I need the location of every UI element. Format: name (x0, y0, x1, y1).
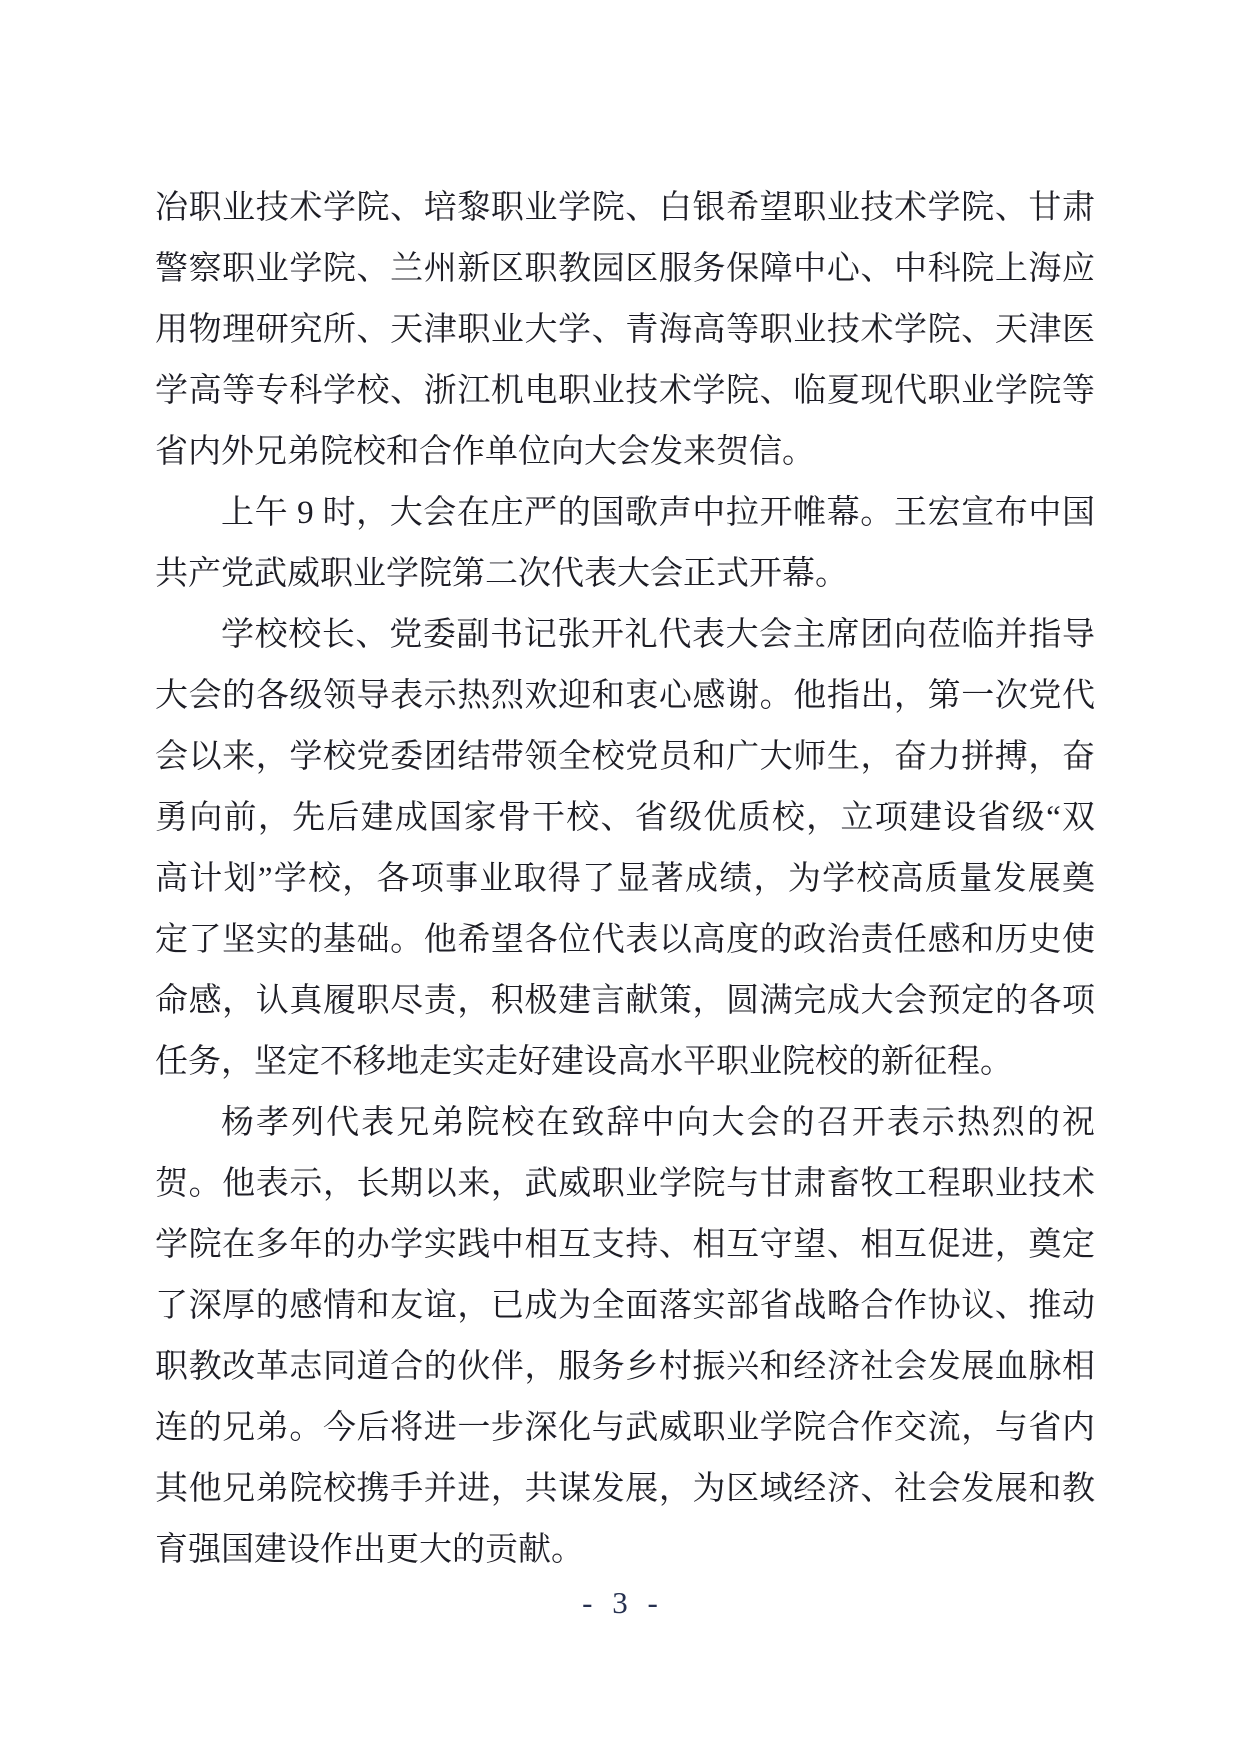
text-line: 高计划”学校，各项事业取得了显著成绩，为学校高质量发展奠 (155, 849, 1095, 910)
text-line: 上午 9 时，大会在庄严的国歌声中拉开帷幕。王宏宣布中国 (155, 483, 1095, 544)
text-line: 职教改革志同道合的伙伴，服务乡村振兴和经济社会发展血脉相 (155, 1337, 1095, 1398)
text-line: 学高等专科学校、浙江机电职业技术学院、临夏现代职业学院等 (155, 361, 1095, 422)
text-line: 会以来，学校党委团结带领全校党员和广大师生，奋力拼搏，奋 (155, 727, 1095, 788)
document-body: 冶职业技术学院、培黎职业学院、白银希望职业技术学院、甘肃警察职业学院、兰州新区职… (155, 178, 1095, 1581)
text-line: 冶职业技术学院、培黎职业学院、白银希望职业技术学院、甘肃 (155, 178, 1095, 239)
text-line: 省内外兄弟院校和合作单位向大会发来贺信。 (155, 422, 1095, 483)
text-line: 贺。他表示，长期以来，武威职业学院与甘肃畜牧工程职业技术 (155, 1154, 1095, 1215)
text-line: 了深厚的感情和友谊，已成为全面落实部省战略合作协议、推动 (155, 1276, 1095, 1337)
text-line: 大会的各级领导表示热烈欢迎和衷心感谢。他指出，第一次党代 (155, 666, 1095, 727)
text-line: 其他兄弟院校携手并进，共谋发展，为区域经济、社会发展和教 (155, 1459, 1095, 1520)
text-line: 任务，坚定不移地走实走好建设高水平职业院校的新征程。 (155, 1032, 1095, 1093)
text-line: 勇向前，先后建成国家骨干校、省级优质校，立项建设省级“双 (155, 788, 1095, 849)
text-line: 育强国建设作出更大的贡献。 (155, 1520, 1095, 1581)
text-line: 连的兄弟。今后将进一步深化与武威职业学院合作交流，与省内 (155, 1398, 1095, 1459)
text-line: 用物理研究所、天津职业大学、青海高等职业技术学院、天津医 (155, 300, 1095, 361)
text-line: 学院在多年的办学实践中相互支持、相互守望、相互促进，奠定 (155, 1215, 1095, 1276)
text-line: 命感，认真履职尽责，积极建言献策，圆满完成大会预定的各项 (155, 971, 1095, 1032)
text-line: 共产党武威职业学院第二次代表大会正式开幕。 (155, 544, 1095, 605)
page-number: - 3 - (0, 1583, 1240, 1623)
document-page: 冶职业技术学院、培黎职业学院、白银希望职业技术学院、甘肃警察职业学院、兰州新区职… (0, 0, 1240, 1754)
text-line: 警察职业学院、兰州新区职教园区服务保障中心、中科院上海应 (155, 239, 1095, 300)
text-line: 学校校长、党委副书记张开礼代表大会主席团向莅临并指导 (155, 605, 1095, 666)
text-line: 定了坚实的基础。他希望各位代表以高度的政治责任感和历史使 (155, 910, 1095, 971)
text-line: 杨孝列代表兄弟院校在致辞中向大会的召开表示热烈的祝 (155, 1093, 1095, 1154)
